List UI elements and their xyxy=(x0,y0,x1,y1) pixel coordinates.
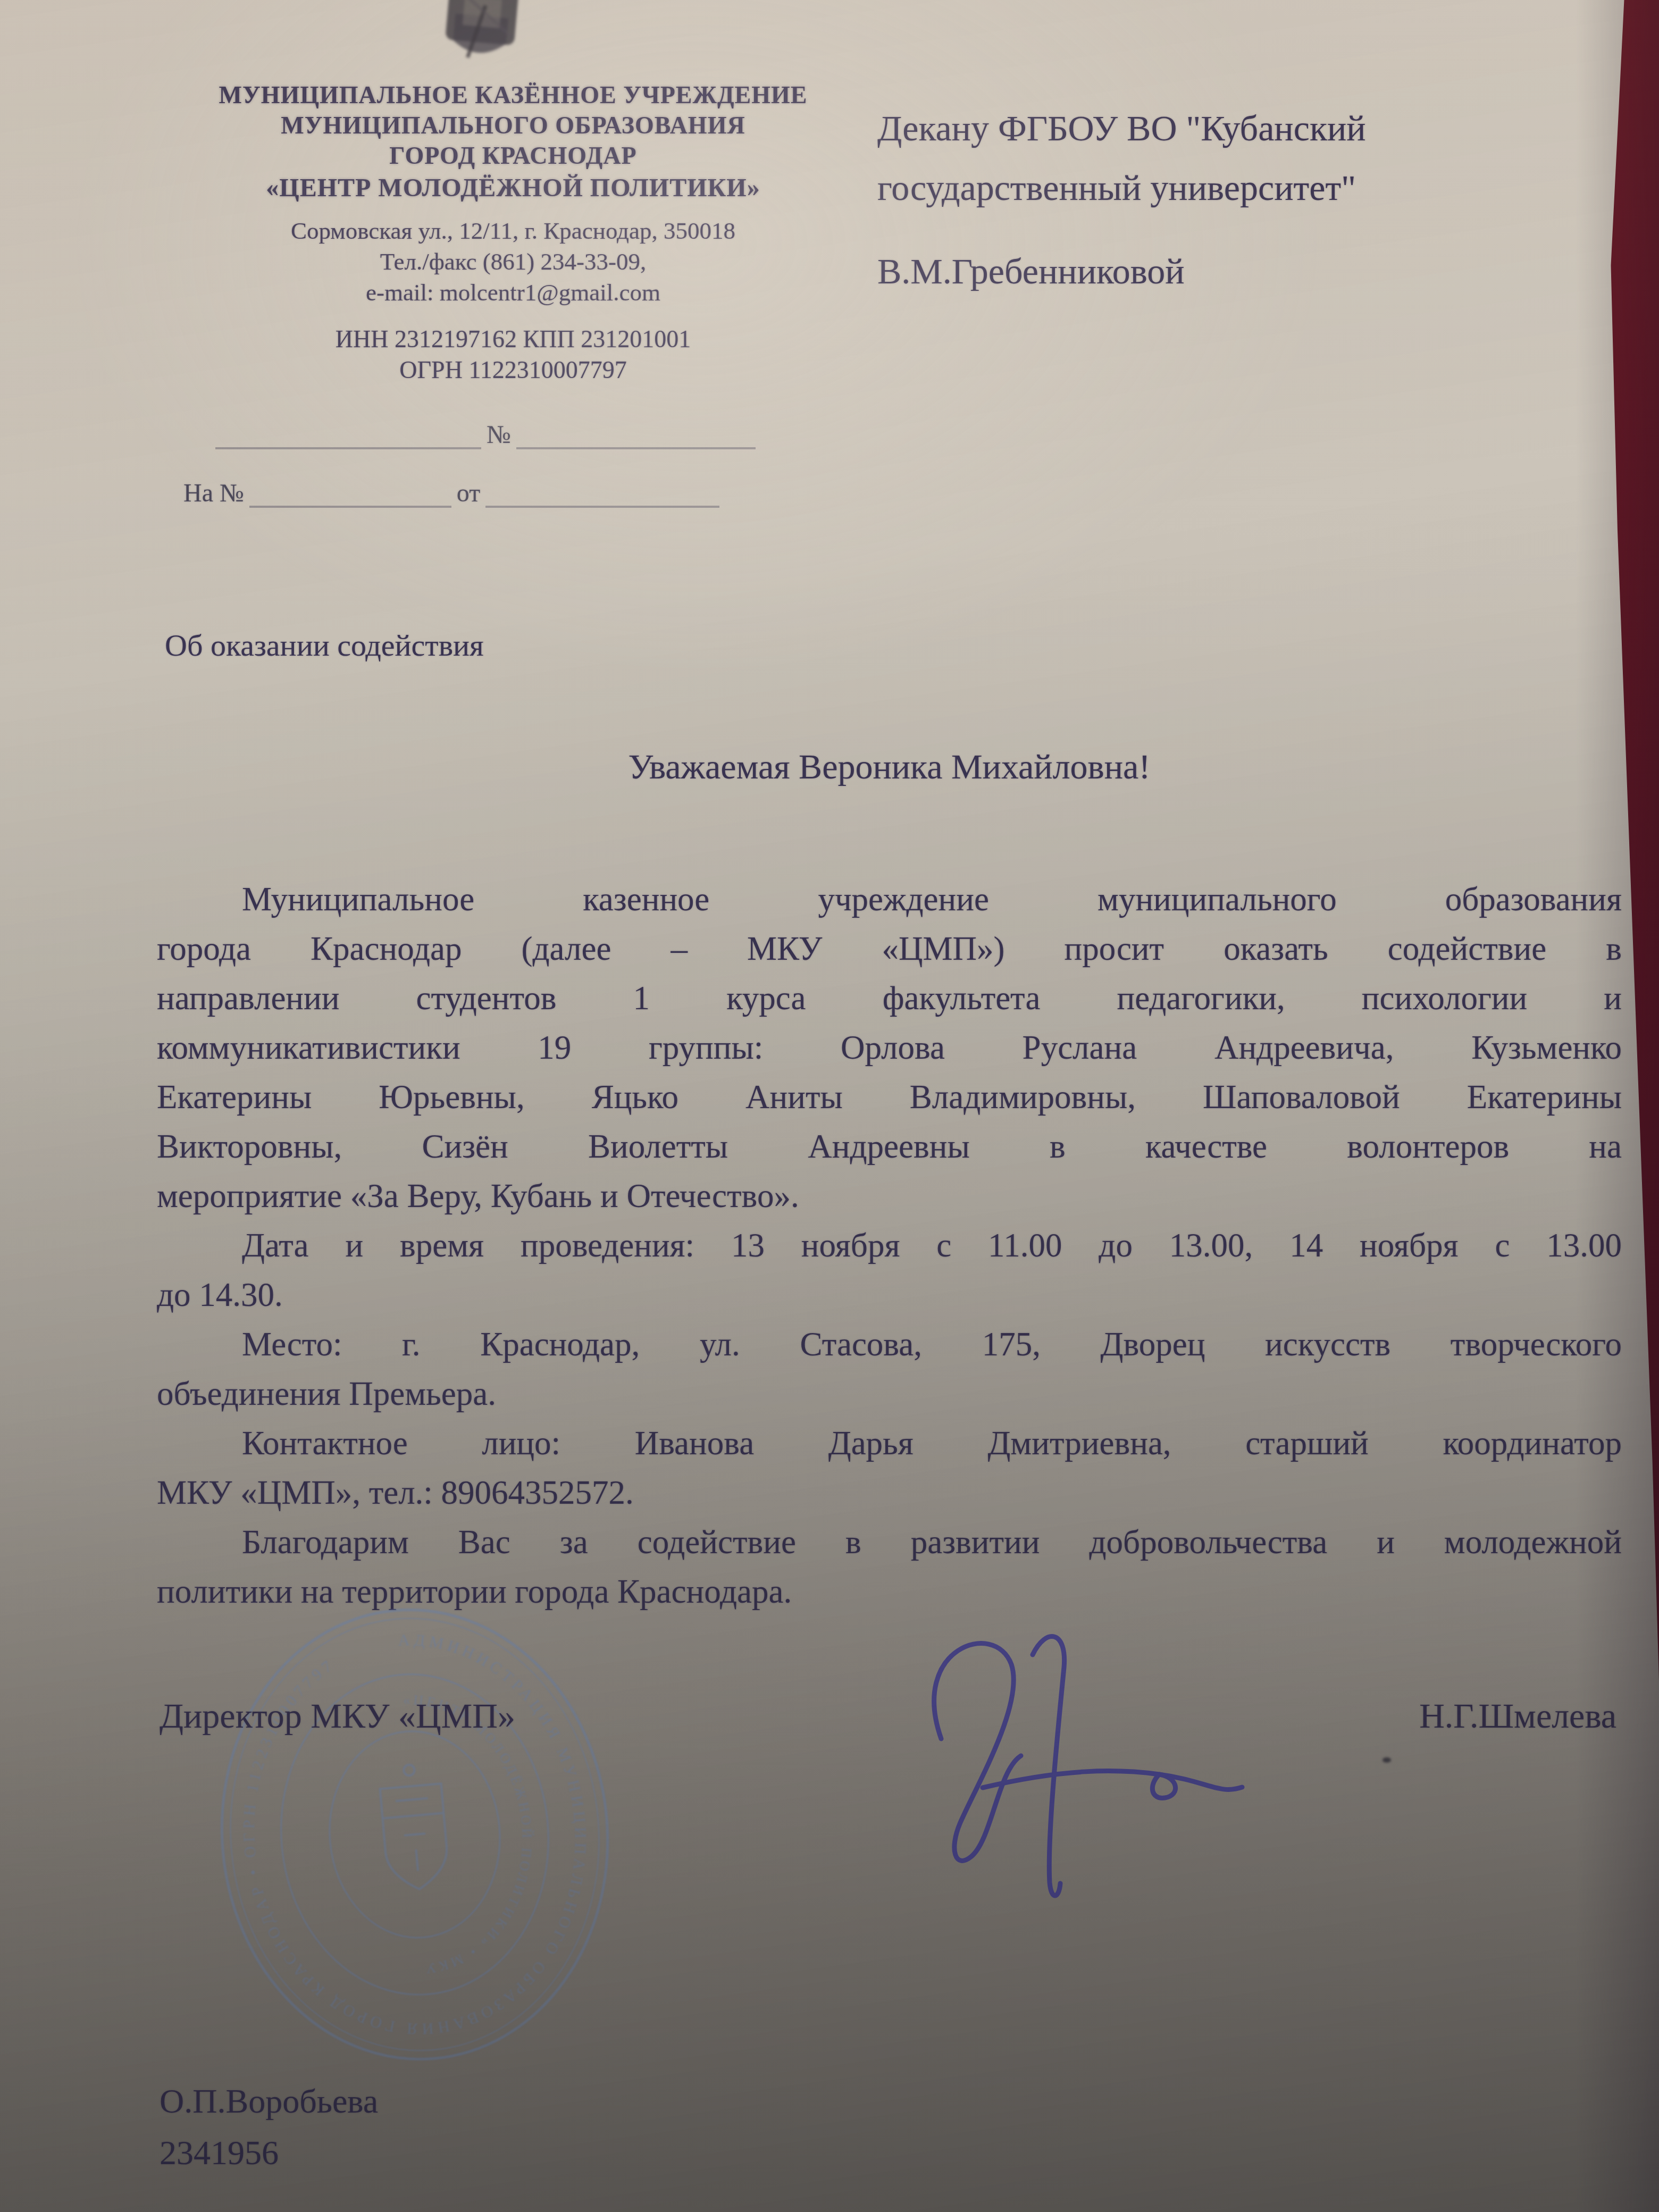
body-line: направлении студентов 1 курса факультета… xyxy=(157,974,1622,1023)
addressee-line2: государственный университет" xyxy=(877,158,1654,217)
body-line: мероприятие «За Веру, Кубань и Отечество… xyxy=(157,1171,1622,1221)
letter-body: Муниципальное казенное учреждение муници… xyxy=(157,875,1622,1616)
addressee-block: Декану ФГБОУ ВО "Кубанский государственн… xyxy=(877,98,1654,301)
body-line: МКУ «ЦМП», тел.: 89064352572. xyxy=(157,1468,1622,1518)
number-blank-line xyxy=(516,442,756,449)
letterhead-phone: Тел./факс (861) 234-33-09, xyxy=(149,246,877,277)
body-line: Екатерины Юрьевны, Яцько Аниты Владимиро… xyxy=(157,1073,1622,1122)
signer-name: Н.Г.Шмелева xyxy=(1419,1696,1616,1737)
stamp-shield-icon xyxy=(378,1762,450,1892)
emblem-coat-of-arms-icon xyxy=(430,0,532,68)
photo-of-letter: { "letterhead": { "org_line1": "МУНИЦИПА… xyxy=(0,0,1659,2212)
reference-blank-line xyxy=(485,500,719,508)
letterhead-address: Сормовская ул., 12/11, г. Краснодар, 350… xyxy=(149,215,877,246)
reference-number-row: На № от xyxy=(178,479,719,508)
body-line: Благодарим Вас за содействие в развитии … xyxy=(157,1518,1622,1567)
body-line: города Краснодар (далее – МКУ «ЦМП») про… xyxy=(157,924,1622,974)
na-number-label: На № xyxy=(183,479,244,508)
executor-phone: 2341956 xyxy=(160,2133,279,2173)
addressee-line1: Декану ФГБОУ ВО "Кубанский xyxy=(877,98,1654,158)
ink-speck xyxy=(1382,1757,1391,1763)
body-line: коммуникативистики 19 группы: Орлова Рус… xyxy=(157,1023,1622,1073)
letterhead-org-line2: МУНИЦИПАЛЬНОГО ОБРАЗОВАНИЯ xyxy=(149,110,877,140)
ot-label: от xyxy=(457,479,480,508)
subject-line: Об оказании содействия xyxy=(165,627,484,663)
letterhead-ogrn: ОГРН 1122310007797 xyxy=(149,355,877,386)
body-line: Контактное лицо: Иванова Дарья Дмитриевн… xyxy=(157,1419,1622,1468)
executor-name: О.П.Воробьева xyxy=(160,2082,378,2121)
body-line: Викторовны, Сизён Виолетты Андреевны в к… xyxy=(157,1122,1622,1171)
outgoing-number-row: № xyxy=(215,420,756,449)
body-line: Место: г. Краснодар, ул. Стасова, 175, Д… xyxy=(157,1320,1622,1369)
handwritten-signature xyxy=(861,1611,1276,1920)
body-line: до 14.30. xyxy=(157,1270,1622,1320)
letter-paper: МУНИЦИПАЛЬНОЕ КАЗЁННОЕ УЧРЕЖДЕНИЕ МУНИЦИ… xyxy=(0,0,1659,2212)
body-line: объединения Премьера. xyxy=(157,1369,1622,1419)
number-blank-line xyxy=(215,442,481,449)
addressee-name: В.М.Гребенниковой xyxy=(877,241,1654,301)
body-line: Дата и время проведения: 13 ноября с 11.… xyxy=(157,1221,1622,1270)
letterhead: МУНИЦИПАЛЬНОЕ КАЗЁННОЕ УЧРЕЖДЕНИЕ МУНИЦИ… xyxy=(149,80,877,386)
official-round-stamp: АДМИНИСТРАЦИЯ МУНИЦИПАЛЬНОГО ОБРАЗОВАНИЯ… xyxy=(194,1587,636,2083)
body-line: Муниципальное казенное учреждение муници… xyxy=(157,875,1622,924)
letterhead-org-line1: МУНИЦИПАЛЬНОЕ КАЗЁННОЕ УЧРЕЖДЕНИЕ xyxy=(149,80,877,110)
salutation: Уважаемая Вероника Михайловна! xyxy=(157,747,1622,787)
number-sign-label: № xyxy=(487,420,511,449)
letterhead-org-line3: ГОРОД КРАСНОДАР xyxy=(149,140,877,171)
signer-position: Директор МКУ «ЦМП» xyxy=(160,1696,515,1737)
letterhead-inn-kpp: ИНН 2312197162 КПП 231201001 xyxy=(149,324,877,355)
letterhead-org-name: «ЦЕНТР МОЛОДЁЖНОЙ ПОЛИТИКИ» xyxy=(149,171,877,206)
reference-blank-line xyxy=(249,500,451,508)
letterhead-email: e-mail: molcentr1@gmail.com xyxy=(149,277,877,308)
